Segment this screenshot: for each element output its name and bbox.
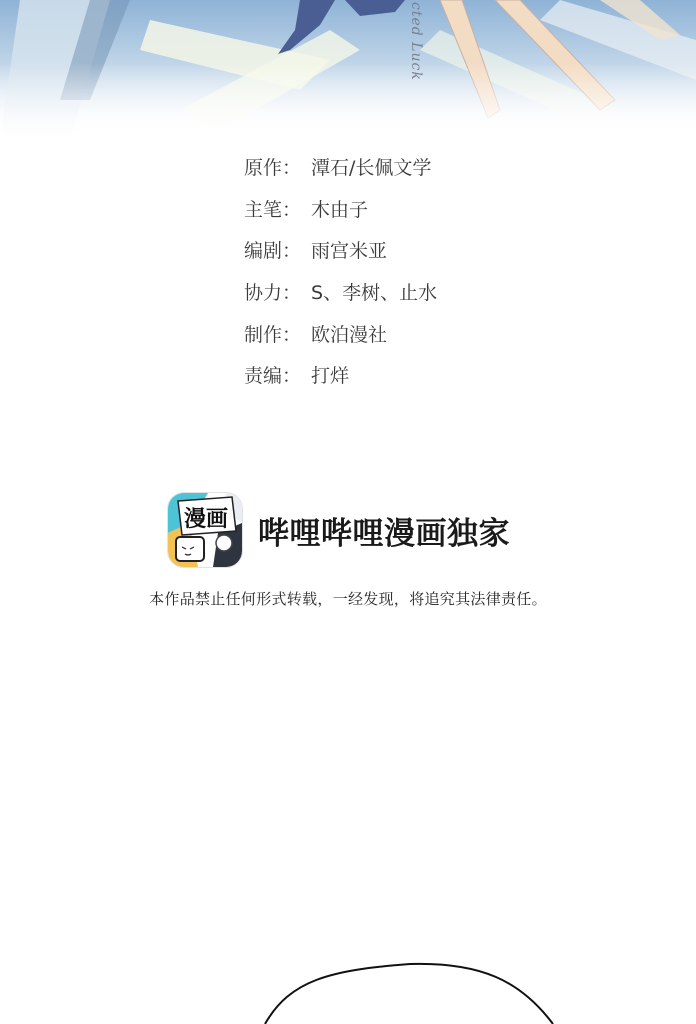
credit-name: 打烊 [311,361,349,388]
credit-lead-artist: 主笔： 木由子 [244,188,437,230]
credit-name: 潭石/长佩文学 [311,153,431,180]
speech-bubble-outline [0,940,696,1024]
credit-screenwriter: 编剧： 雨宫米亚 [244,229,437,271]
credit-assistants: 协力： S、李树、止水 [244,271,437,313]
credit-name: 雨宫米亚 [311,236,387,263]
credit-name: 欧泊漫社 [311,320,387,347]
credit-name: S、李树、止水 [311,278,437,305]
cover-fade-overlay [0,0,696,140]
cover-subtitle: cted Luck [408,2,424,81]
brand-name: 哔哩哔哩漫画独家 [258,508,510,553]
credit-editor: 责编： 打烊 [244,354,437,396]
bilibili-manga-app-icon: 漫画 [168,493,242,567]
credit-role: 主笔： [244,195,301,222]
credit-role: 协力： [244,278,301,305]
copyright-notice: 本作品禁止任何形式转载，一经发现，将追究其法律责任。 [0,588,696,609]
brand-exclusive-banner: 漫画 哔哩哔哩漫画独家 [168,493,510,567]
credit-production: 制作： 欧泊漫社 [244,312,437,354]
credits-list: 原作： 潭石/长佩文学 主笔： 木由子 编剧： 雨宫米亚 协力： S、李树、止水… [244,146,437,396]
credit-role: 编剧： [244,236,301,263]
credit-name: 木由子 [311,195,368,222]
cover-art-strip: cted Luck [0,0,696,140]
credit-original-author: 原作： 潭石/长佩文学 [244,146,437,188]
credit-role: 制作： [244,320,301,347]
credit-role: 责编： [244,361,301,388]
credit-role: 原作： [244,153,301,180]
svg-text:漫画: 漫画 [184,506,228,532]
